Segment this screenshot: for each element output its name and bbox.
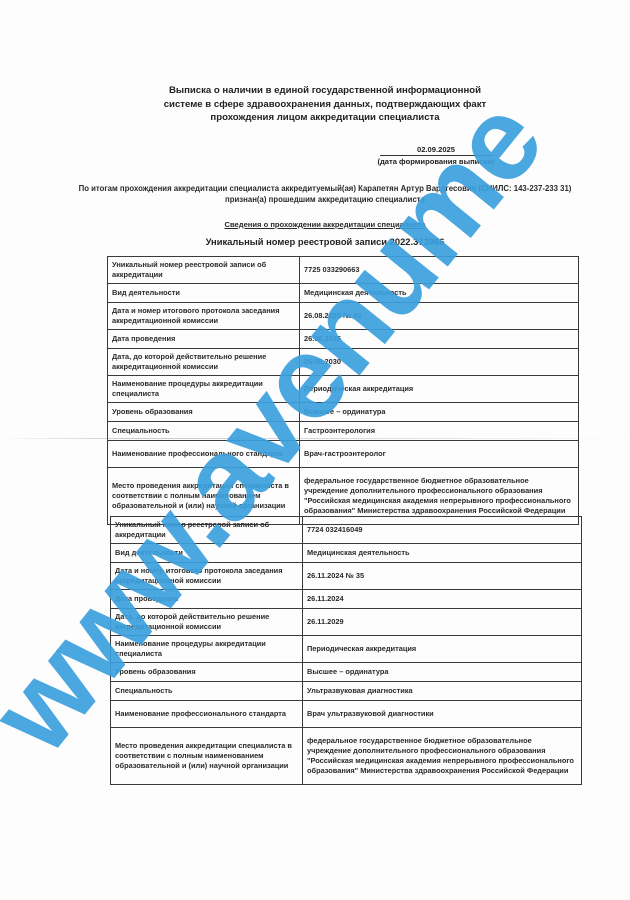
table-row: Специальность Ультразвуковая диагностика [111,682,582,701]
table-row: Дата проведения 26.08.2025 [108,330,579,349]
table-row: Место проведения аккредитации специалист… [111,728,582,785]
table-row: Наименование процедуры аккредитации спец… [111,636,582,663]
issue-date-block: 02.09.2025 (дата формирования выписки) [372,145,500,166]
row-value: Медицинская деятельность [303,544,582,563]
table-row: Дата, до которой действительно решение а… [108,349,579,376]
table-row: Уникальный номер реестровой записи об ак… [108,257,579,284]
row-label: Уровень образования [111,663,303,682]
document-title: Выписка о наличии в единой государственн… [100,84,550,125]
row-value: 7725 033290663 [300,257,579,284]
table-row: Уровень образования Высшее – ординатура [111,663,582,682]
row-value: 7724 032416049 [303,517,582,544]
row-value: Периодическая аккредитация [300,376,579,403]
intro-text: По итогам прохождения аккредитации специ… [72,184,578,205]
table-row: Вид деятельности Медицинская деятельност… [111,544,582,563]
row-label: Дата, до которой действительно решение а… [111,609,303,636]
row-value: Высшее – ординатура [303,663,582,682]
row-label: Специальность [111,682,303,701]
row-label: Наименование профессионального стандарта [111,701,303,728]
table-row: Наименование процедуры аккредитации спец… [108,376,579,403]
row-label: Дата, до которой действительно решение а… [108,349,300,376]
table-row: Дата, до которой действительно решение а… [111,609,582,636]
issue-date-caption: (дата формирования выписки) [372,157,500,166]
row-label: Уникальный номер реестровой записи об ак… [111,517,303,544]
table-row: Дата проведения 26.11.2024 [111,590,582,609]
table-row: Наименование профессионального стандарта… [108,441,579,468]
row-label: Дата и номер итогового протокола заседан… [108,303,300,330]
accreditation-table-1: Уникальный номер реестровой записи об ак… [107,256,579,525]
registry-heading: Уникальный номер реестровой записи 2022.… [150,236,500,247]
row-value: Высшее – ординатура [300,403,579,422]
row-value: федеральное государственное бюджетное об… [303,728,582,785]
title-line-3: прохождения лицом аккредитации специалис… [100,111,550,125]
row-value: Ультразвуковая диагностика [303,682,582,701]
row-value: 26.11.2024 [303,590,582,609]
accreditation-table-2: Уникальный номер реестровой записи об ак… [110,516,582,785]
row-value: 26.11.2029 [303,609,582,636]
table-row: Дата и номер итогового протокола заседан… [111,563,582,590]
row-label: Вид деятельности [111,544,303,563]
table-row: Дата и номер итогового протокола заседан… [108,303,579,330]
row-value: 26.08.2025 № 82 [300,303,579,330]
row-label: Наименование профессионального стандарта [108,441,300,468]
table-row: Уникальный номер реестровой записи об ак… [111,517,582,544]
issue-date: 02.09.2025 [380,145,492,156]
row-label: Дата и номер итогового протокола заседан… [111,563,303,590]
row-label: Место проведения аккредитации специалист… [111,728,303,785]
row-value: Врач ультразвуковой диагностики [303,701,582,728]
row-label: Дата проведения [108,330,300,349]
table-row: Вид деятельности Медицинская деятельност… [108,284,579,303]
title-line-1: Выписка о наличии в единой государственн… [100,84,550,98]
row-label: Уровень образования [108,403,300,422]
row-label: Вид деятельности [108,284,300,303]
row-value: 26.08.2025 [300,330,579,349]
section-heading: Сведения о прохождении аккредитации спец… [200,220,450,229]
row-label: Наименование процедуры аккредитации спец… [111,636,303,663]
row-value: Периодическая аккредитация [303,636,582,663]
document-page: Выписка о наличии в единой государственн… [0,0,630,900]
row-value: Медицинская деятельность [300,284,579,303]
table-row: Уровень образования Высшее – ординатура [108,403,579,422]
row-value: Врач-гастроэнтеролог [300,441,579,468]
row-label: Уникальный номер реестровой записи об ак… [108,257,300,284]
row-label: Наименование процедуры аккредитации спец… [108,376,300,403]
title-line-2: системе в сфере здравоохранения данных, … [100,98,550,112]
row-value: 26.08.2030 [300,349,579,376]
row-label: Дата проведения [111,590,303,609]
scan-artifact-line [0,438,630,439]
row-value: 26.11.2024 № 35 [303,563,582,590]
table-row: Наименование профессионального стандарта… [111,701,582,728]
